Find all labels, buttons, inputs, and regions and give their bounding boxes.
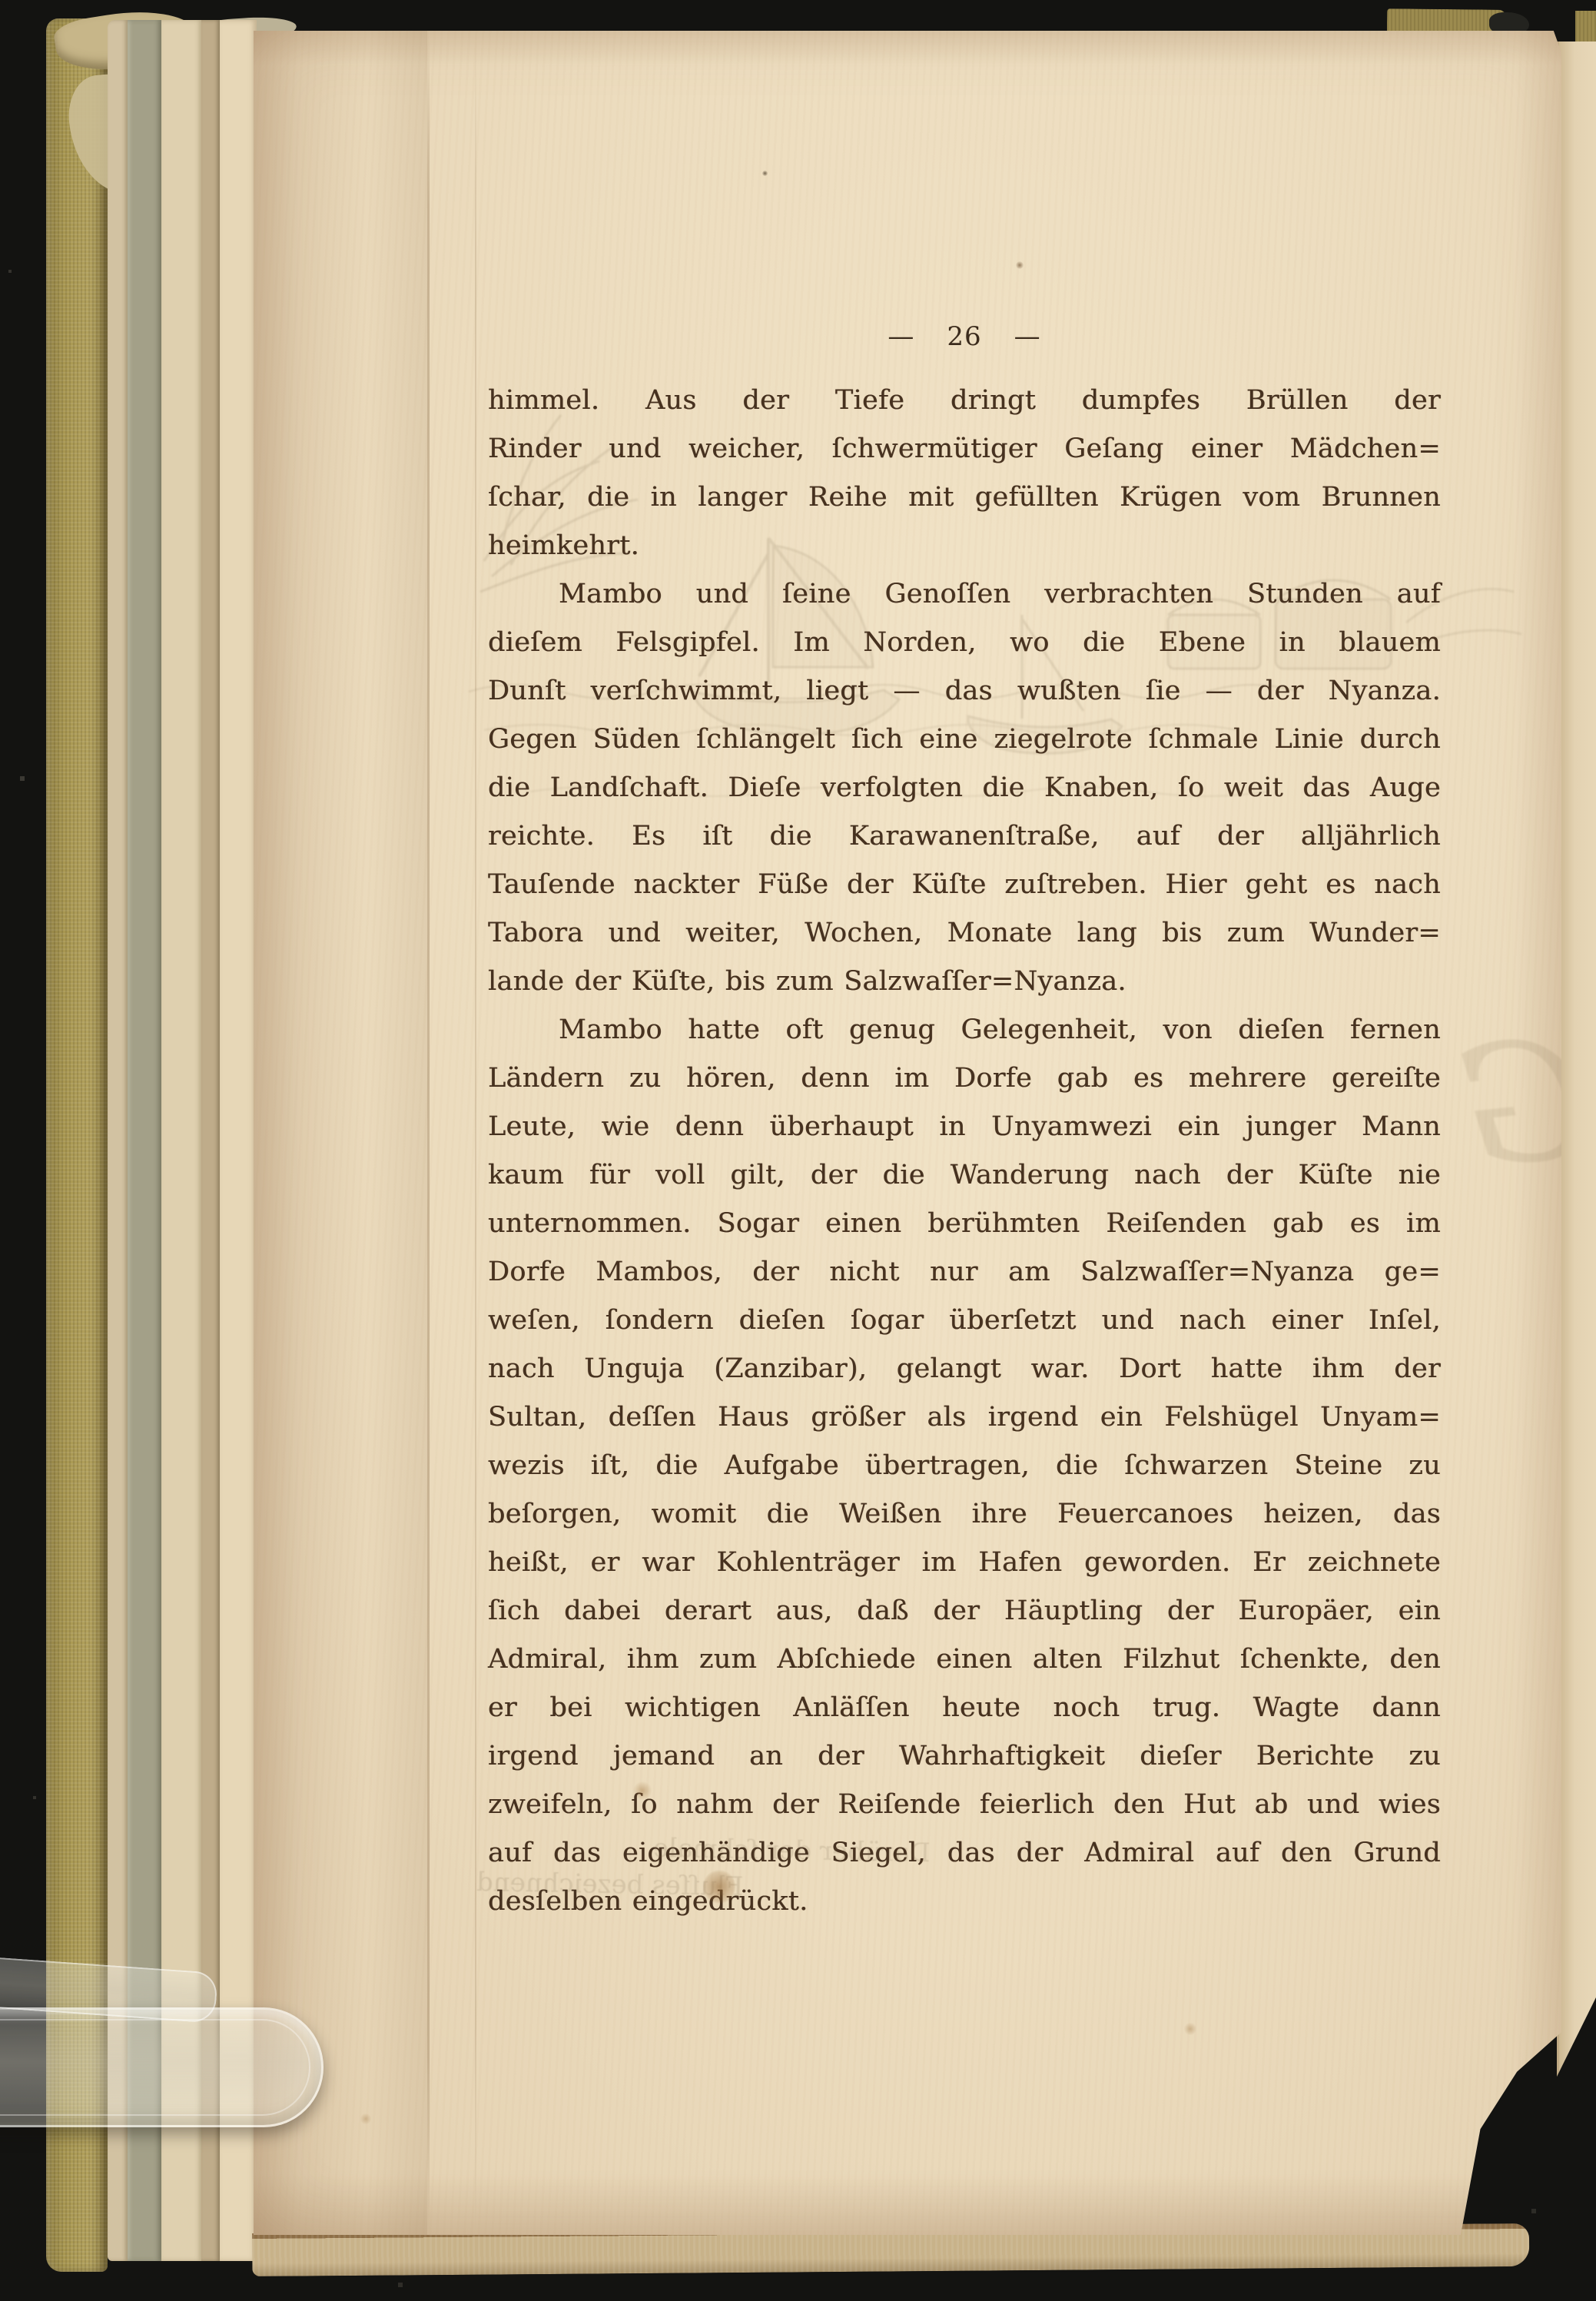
page-header: — 26 — xyxy=(488,321,1441,352)
text-line: Tauſende nackter Füße der Küſte zuſtrebe… xyxy=(488,861,1441,909)
foxing-spot xyxy=(632,1781,652,1800)
text-line: Leute, wie denn überhaupt in Unyamwezi e… xyxy=(488,1103,1441,1151)
text-line: wezis iſt, die Aufgabe übertragen, die ſ… xyxy=(488,1442,1441,1490)
text-line: beſorgen, womit die Weißen ihre Feuercan… xyxy=(488,1490,1441,1539)
text-line: Tabora und weiter, Wochen, Monate lang b… xyxy=(488,909,1441,958)
book-cover-cloth-edge xyxy=(46,18,108,2272)
gutter-crease-line xyxy=(427,31,430,2235)
text-line: heißt, er war Kohlenträger im Hafen gewo… xyxy=(488,1539,1441,1587)
text-line: Mambo und ſeine Genoſſen verbrachten Stu… xyxy=(488,570,1441,619)
text-line: Ländern zu hören, denn im Dorfe gab es m… xyxy=(488,1054,1441,1103)
text-line: Mambo hatte oft genug Gelegenheit, von d… xyxy=(488,1006,1441,1054)
text-line: Dorfe Mambos, der nicht nur am Salzwaſſe… xyxy=(488,1248,1441,1297)
page-edge-strip xyxy=(108,20,128,2261)
plastic-clip[interactable] xyxy=(0,2007,324,2127)
header-dash-right: — xyxy=(1014,321,1041,352)
text-line: unternommen. Sogar einen berühmten Reiſe… xyxy=(488,1200,1441,1248)
text-line: er bei wichtigen Anläſſen heute noch tru… xyxy=(488,1684,1441,1732)
scanner-dust-specks xyxy=(0,0,2,2)
text-line: lande der Küſte, bis zum Salzwaſſer=Nyan… xyxy=(488,958,1441,1006)
text-line: kaum für voll gilt, der die Wanderung na… xyxy=(488,1151,1441,1200)
foxing-spot xyxy=(1183,2023,1197,2035)
text-line: weſen, ſondern dieſen ſogar überſetzt un… xyxy=(488,1297,1441,1345)
cover-cloth-corner-piece xyxy=(1575,11,1596,42)
text-line: Admiral, ihm zum Abſchiede einen alten F… xyxy=(488,1635,1441,1684)
gutter-shading xyxy=(366,31,427,2235)
paragraph: Mambo hatte oft genug Gelegenheit, von d… xyxy=(488,1006,1441,1926)
text-line: himmel. Aus der Tiefe dringt dumpfes Brü… xyxy=(488,377,1441,425)
book-page: G — 26 — himmel. Aus der Tiefe dringt du… xyxy=(254,31,1561,2235)
text-line: Rinder und weicher, ſchwermütiger Geſang… xyxy=(488,425,1441,473)
paragraph: Mambo und ſeine Genoſſen verbrachten Stu… xyxy=(488,570,1441,1006)
foxing-spot xyxy=(703,1869,735,1904)
text-line: Dunſt verſchwimmt, liegt — das wußten ſi… xyxy=(488,667,1441,716)
text-line: Gegen Süden ſchlängelt ſich eine ziegelr… xyxy=(488,716,1441,764)
text-line: ſchar, die in langer Reihe mit gefüllten… xyxy=(488,473,1441,522)
text-line: dieſem Felsgipfel. Im Norden, wo die Ebe… xyxy=(488,619,1441,667)
scan-background: { "scan": { "background_color": "#131311… xyxy=(0,0,1596,2301)
page-edge-strip xyxy=(128,20,161,2261)
foxing-spot xyxy=(1016,261,1024,269)
header-dash-left: — xyxy=(888,321,914,352)
ink-speck xyxy=(762,171,768,176)
page-edge-strip xyxy=(220,20,257,2261)
text-line: Sultan, deſſen Haus größer als irgend ei… xyxy=(488,1393,1441,1442)
text-line: zweifeln, ſo nahm der Reiſende feierlich… xyxy=(488,1781,1441,1829)
text-line: reichte. Es iſt die Karawanenſtraße, auf… xyxy=(488,812,1441,861)
page-edge-strip xyxy=(161,20,201,2261)
page-edge-strip xyxy=(201,20,220,2261)
text-line: irgend jemand an der Wahrhaftigkeit dieſ… xyxy=(488,1732,1441,1781)
paragraph: himmel. Aus der Tiefe dringt dumpfes Brü… xyxy=(488,377,1441,570)
gutter-crease-line xyxy=(475,31,476,2235)
text-line: heimkehrt. xyxy=(488,522,1441,570)
text-block: himmel. Aus der Tiefe dringt dumpfes Brü… xyxy=(488,377,1441,1926)
text-line: die Landſchaft. Dieſe verfolgten die Kna… xyxy=(488,764,1441,812)
bleed-through-text: Darüber der ſchmale xyxy=(653,1833,931,1868)
text-line: nach Unguja (Zanzibar), gelangt war. Dor… xyxy=(488,1345,1441,1393)
text-line: ſich dabei derart aus, daß der Häuptling… xyxy=(488,1587,1441,1635)
foxing-spot xyxy=(360,2113,372,2124)
adjacent-page-edge xyxy=(1557,42,1596,2140)
page-number: 26 xyxy=(947,321,981,352)
